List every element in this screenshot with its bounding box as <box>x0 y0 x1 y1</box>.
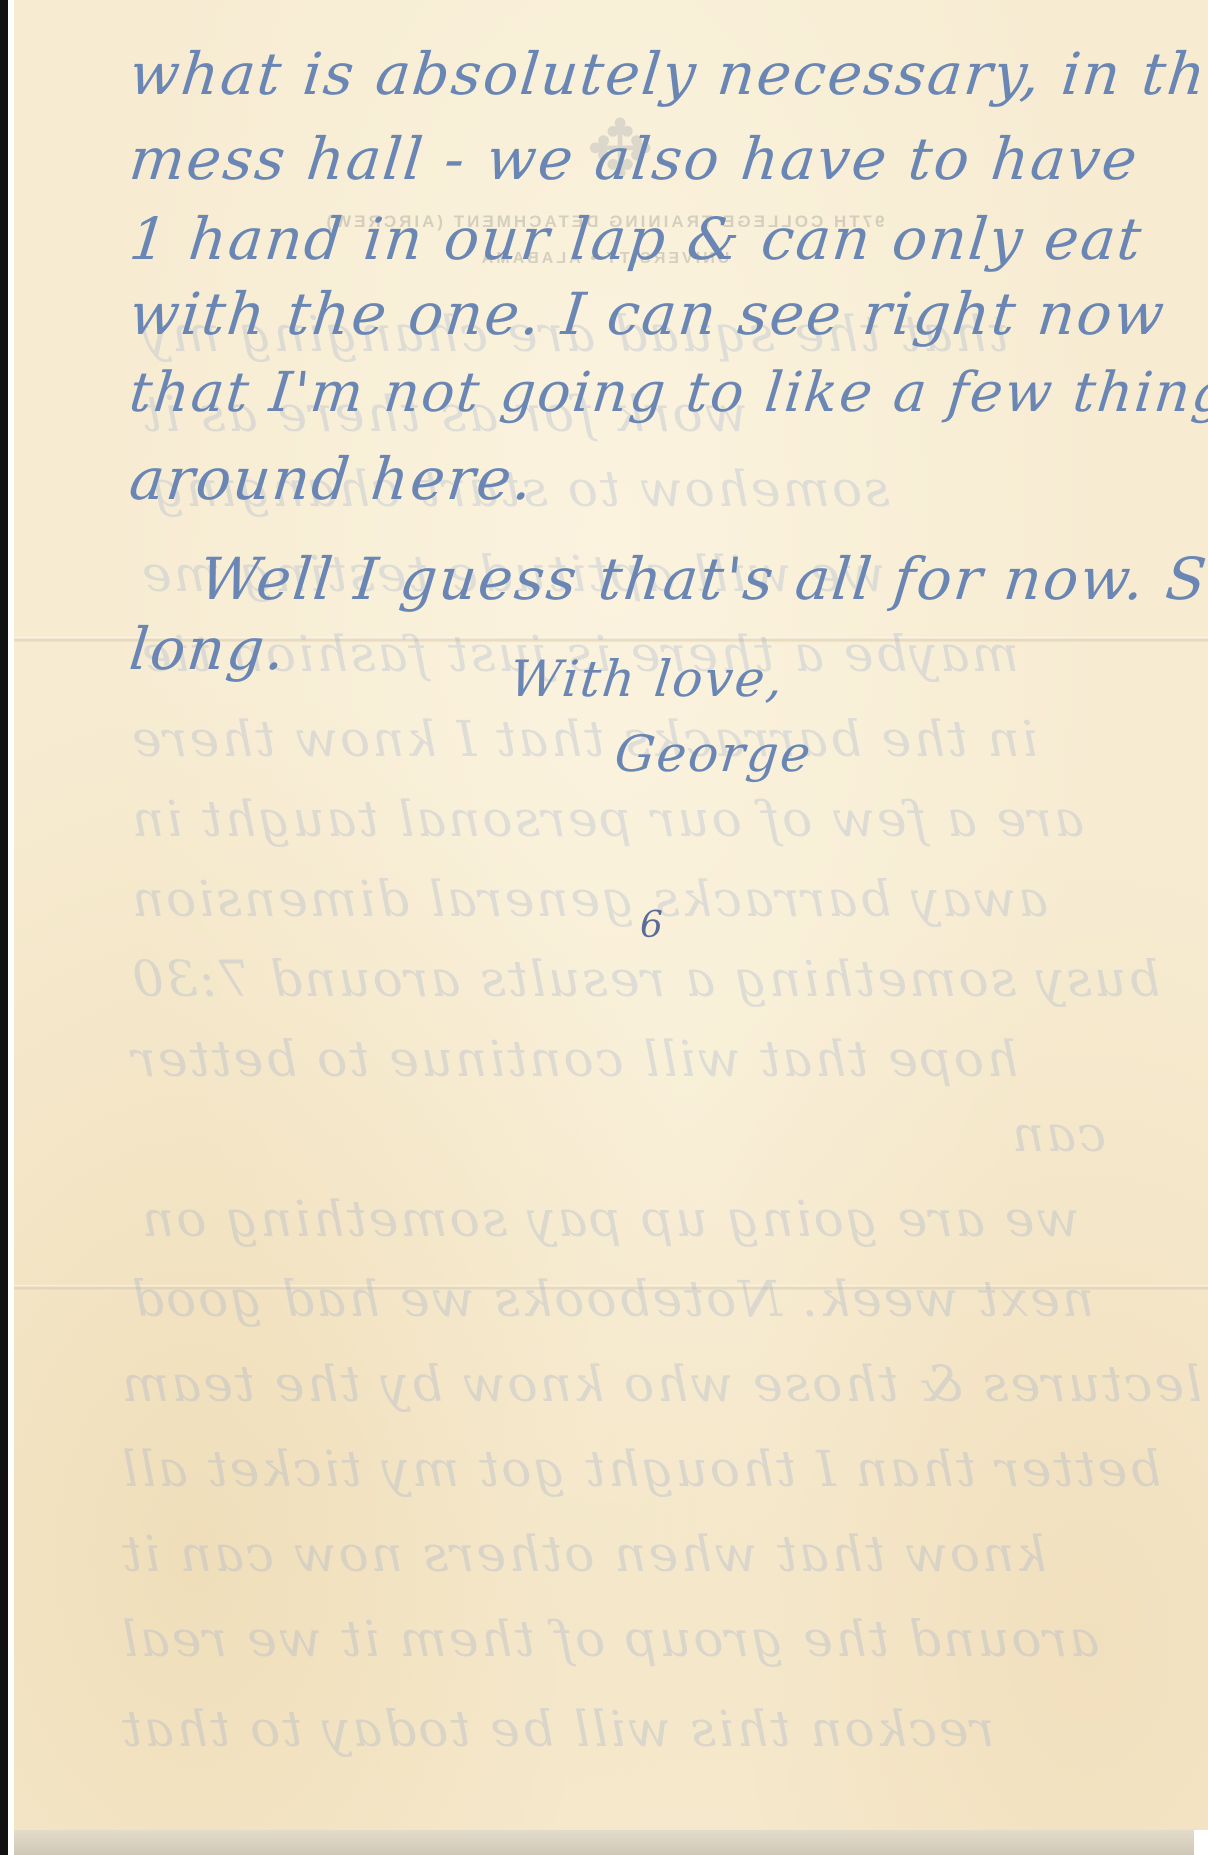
letter-line-5: that I'm not going to like a few things <box>127 360 1208 424</box>
bleed-line: reckon this will be today to that <box>120 1700 994 1758</box>
bleed-line: lectures & those who know by the team <box>120 1355 1202 1413</box>
bleed-line: hope that will continue to better <box>130 1030 1018 1088</box>
bleed-line: away barracks general dimension <box>130 870 1048 928</box>
bleed-line: next week. Notebooks we had good <box>130 1270 1094 1328</box>
closing: With love, <box>507 650 788 708</box>
letter-line-1: what is absolutely necessary, in the <box>126 40 1208 108</box>
scanner-edge <box>0 0 8 1855</box>
scan-bottom-shadow <box>14 1830 1194 1855</box>
page-number: 6 <box>640 905 663 946</box>
letter-line-7: Well I guess that's all for now. So <box>196 545 1208 613</box>
letter-line-8: long. <box>126 615 290 683</box>
letter-line-2: mess hall - we also have to have <box>126 125 1142 193</box>
bleed-line: in the barracks that I know there <box>130 710 1038 768</box>
bleed-line: know that when others now can it <box>120 1525 1047 1583</box>
letter-line-4: with the one. I can see right now <box>126 280 1169 348</box>
letter-line-3: 1 hand in our lap & can only eat <box>126 205 1146 273</box>
bleed-line: better than I thought got my ticket all <box>120 1440 1161 1498</box>
bleed-line: can <box>1010 1105 1106 1163</box>
bleed-line: are a few of our personal taught in <box>130 790 1084 848</box>
letter-line-6: around here. <box>126 445 537 513</box>
bleed-line: busy something a results around 7:30 <box>130 950 1160 1008</box>
bleed-line: around the group of them it we real <box>120 1610 1099 1668</box>
signature: George <box>612 725 815 783</box>
bleed-line: we are going up pay something on <box>140 1190 1079 1248</box>
